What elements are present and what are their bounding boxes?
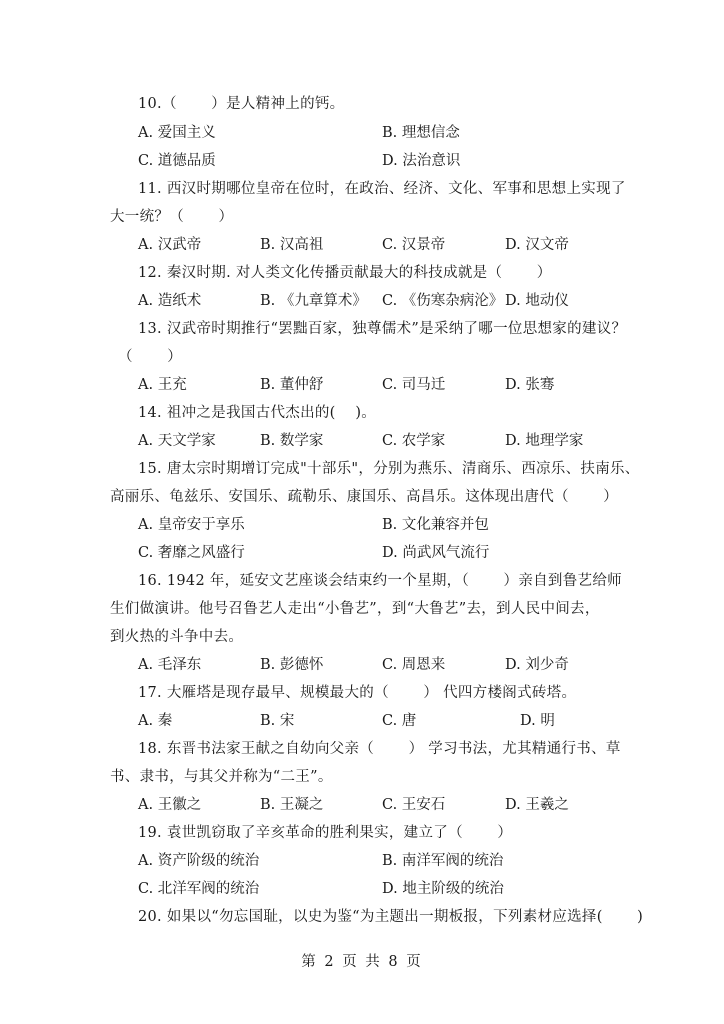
q14-option-a: A. 天文学家 [138,431,216,451]
question-13-stem: 13. 汉武帝时期推行“罢黜百家，独尊儒术”是采纳了哪一位思想家的建议？ [138,319,626,339]
q19-option-b: B. 南洋军阀的统治 [382,851,503,871]
q11-option-a: A. 汉武帝 [138,235,201,255]
question-19-stem: 19. 袁世凯窃取了辛亥革命的胜利果实，建立了（ ） [138,823,512,843]
question-17-stem: 17. 大雁塔是现存最早、规模最大的（ ） 代四方楼阁式砖塔。 [138,683,576,703]
q17-option-c: C. 唐 [382,711,416,731]
q16-option-b: B. 彭德怀 [260,655,323,675]
question-18-stem: 18. 东晋书法家王献之自幼向父亲（ ） 学习书法，尤其精通行书、草 [138,739,621,759]
q16-option-c: C. 周恩来 [382,655,445,675]
question-10-stem: 10.（ ）是人精神上的钙。 [138,94,344,114]
q19-option-d: D. 地主阶级的统治 [382,879,504,899]
q14-option-b: B. 数学家 [260,431,323,451]
page-number-footer: 第 2 页 共 8 页 [0,950,724,971]
q15-option-c: C. 奢靡之风盛行 [138,543,245,563]
question-13-stem-cont: （ ） [118,347,182,367]
q16-option-d: D. 刘少奇 [505,655,569,675]
q14-option-c: C. 农学家 [382,431,445,451]
q12-option-b: B. 《九章算术》 [260,291,367,311]
question-15-stem-cont: 高丽乐、龟兹乐、安国乐、疏勒乐、康国乐、高昌乐。这体现出唐代（ ） [110,487,618,507]
q18-option-a: A. 王徽之 [138,795,201,815]
q13-option-d: D. 张骞 [505,375,554,395]
q12-option-c: C. 《伤寒杂病沦》 [382,291,503,311]
question-18-stem-cont: 书、隶书，与其父并称为“二王”。 [110,767,333,787]
q19-option-a: A. 资产阶级的统治 [138,851,259,871]
q18-option-c: C. 王安石 [382,795,445,815]
q13-option-a: A. 王充 [138,375,187,395]
q14-option-d: D. 地理学家 [505,431,583,451]
q15-option-d: D. 尚武风气流行 [382,543,489,563]
q18-option-b: B. 王凝之 [260,795,323,815]
q10-option-c: C. 道德品质 [138,151,216,171]
exam-page: 10.（ ）是人精神上的钙。 A. 爱国主义 B. 理想信念 C. 道德品质 D… [0,0,724,1024]
question-11-stem-cont: 大一统？（ ） [110,207,233,227]
question-20-stem: 20. 如果以“勿忘国耻，以史为鉴“为主题出一期板报，下列素材应选择( ) [138,907,643,927]
q11-option-c: C. 汉景帝 [382,235,445,255]
q15-option-a: A. 皇帝安于享乐 [138,515,245,535]
q10-option-b: B. 理想信念 [382,123,460,143]
q17-option-d: D. 明 [520,711,555,731]
q12-option-a: A. 造纸术 [138,291,201,311]
q19-option-c: C. 北洋军阀的统治 [138,879,259,899]
q10-option-a: A. 爱国主义 [138,123,216,143]
q12-option-d: D. 地动仪 [505,291,569,311]
q16-option-a: A. 毛泽东 [138,655,201,675]
q10-option-d: D. 法治意识 [382,151,460,171]
question-14-stem: 14. 祖冲之是我国古代杰出的( )。 [138,403,376,423]
q18-option-d: D. 王羲之 [505,795,569,815]
question-16-stem: 16. 1942 年，延安文艺座谈会结束约一个星期，（ ）亲自到鲁艺给师 [138,571,622,591]
q13-option-c: C. 司马迁 [382,375,445,395]
question-15-stem: 15. 唐太宗时期增订完成"十部乐"，分别为燕乐、清商乐、西凉乐、扶南乐、 [138,459,640,479]
question-16-stem-cont-2: 到火热的斗争中去。 [110,627,243,647]
q17-option-a: A. 秦 [138,711,172,731]
question-16-stem-cont-1: 生们做演讲。他号召鲁艺人走出“小鲁艺”，到“大鲁艺”去，到人民中间去， [110,599,600,619]
q13-option-b: B. 董仲舒 [260,375,323,395]
q11-option-d: D. 汉文帝 [505,235,569,255]
question-12-stem: 12. 秦汉时期. 对人类文化传播贡献最大的科技成就是（ ） [138,263,552,283]
q11-option-b: B. 汉高祖 [260,235,323,255]
q17-option-b: B. 宋 [260,711,294,731]
q15-option-b: B. 文化兼容并包 [382,515,489,535]
question-11-stem: 11. 西汉时期哪位皇帝在位时，在政治、经济、文化、军事和思想上实现了 [138,179,626,199]
